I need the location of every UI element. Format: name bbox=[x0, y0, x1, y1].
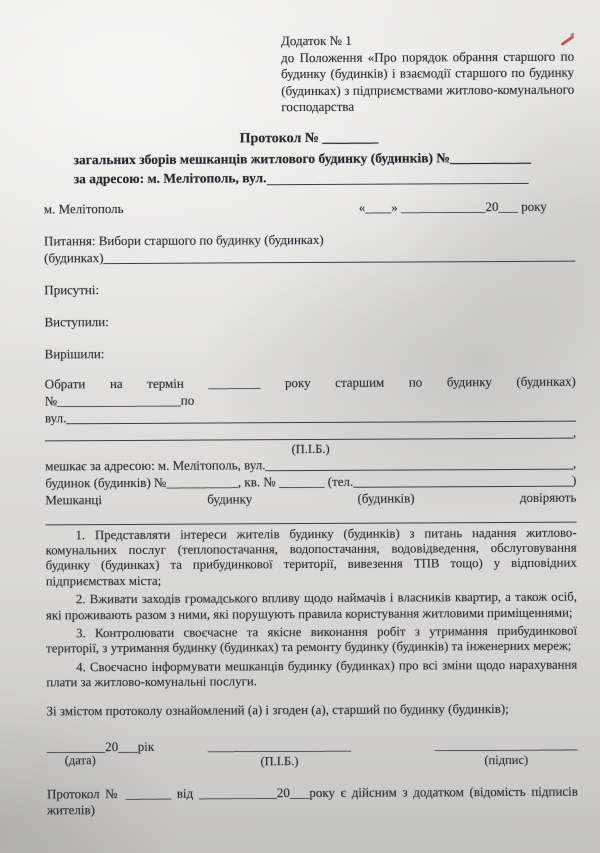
address-label: за адресою: м. Мелітополь, вул. bbox=[74, 168, 267, 188]
date-blank: «____» _____________20___ року bbox=[359, 197, 547, 215]
spoke-heading: Виступили: bbox=[44, 310, 575, 330]
question-block: Питання: Вибори старшого по будинку (буд… bbox=[44, 229, 575, 266]
duty-item-3: 3. Контролювати своєчасне та якісне вико… bbox=[46, 624, 577, 658]
duties-list: 1. Представляти інтереси жителів будинку… bbox=[46, 525, 578, 691]
sign-column: ______________________ (підпис) bbox=[435, 735, 578, 768]
protocol-title: Протокол № ________ bbox=[43, 129, 574, 148]
residence-comma: , bbox=[573, 454, 576, 471]
question-blank-label: (будинках) bbox=[44, 249, 103, 266]
decided-heading: Вирішили: bbox=[45, 342, 576, 362]
appendix-block: Додаток № 1 до Положення «Про порядок об… bbox=[281, 32, 574, 116]
residence-label: мешкає за адресою: м. Мелітополь, вул. bbox=[45, 456, 265, 474]
duty-item-1: 1. Представляти інтереси жителів будинку… bbox=[46, 525, 577, 589]
signature-row: _________20___рік (дата) _______________… bbox=[47, 735, 578, 770]
phone-blank-rule bbox=[353, 485, 572, 487]
dateline: м. Мелітополь «____» _____________20___ … bbox=[44, 197, 575, 217]
decision-term-line: Обрати на термін ________ року старшим п… bbox=[45, 372, 576, 392]
trust-blank-rule bbox=[45, 507, 576, 525]
decision-block: Обрати на термін ________ року старшим п… bbox=[45, 372, 577, 525]
question-blank-rule bbox=[104, 260, 576, 263]
pib-column: ______________________ (П.І.Б.) bbox=[208, 736, 351, 769]
duty-item-4: 4. Своєчасно інформувати мешканців будин… bbox=[46, 657, 577, 691]
street-label: вул. bbox=[45, 409, 66, 426]
building-close-paren: ) bbox=[572, 471, 576, 488]
date-caption: (дата) bbox=[65, 752, 155, 767]
question-blank-line: (будинках) bbox=[44, 246, 575, 266]
residence-blank-rule bbox=[265, 468, 572, 471]
scanned-document-photo: Додаток № 1 до Положення «Про порядок об… bbox=[0, 0, 600, 853]
acknowledgement-line: Зі змістом протоколу ознайомлений (а) і … bbox=[46, 699, 577, 719]
date-column: _________20___рік (дата) bbox=[47, 737, 155, 770]
appendix-number: Додаток № 1 bbox=[281, 32, 574, 50]
appendix-text: до Положення «Про порядок обрання старшо… bbox=[281, 48, 574, 116]
building-label: будинок (будинків) №___________, кв. № _… bbox=[45, 472, 353, 491]
protocol-subtitle: загальних зборів мешканців житлового буд… bbox=[74, 147, 575, 169]
protocol-address-line: за адресою: м. Мелітополь, вул. bbox=[74, 166, 529, 187]
document-page: Додаток № 1 до Положення «Про порядок об… bbox=[43, 32, 578, 819]
sign-caption: (підпис) bbox=[435, 752, 578, 768]
address-blank-rule bbox=[267, 182, 529, 184]
sign-blank-line: ______________________ bbox=[435, 735, 578, 753]
trust-line: Мешканці будинку (будинків) довіряють bbox=[45, 488, 576, 508]
city-name: м. Мелітополь bbox=[44, 199, 124, 216]
duty-item-2: 2. Вживати заходів громадського впливу щ… bbox=[46, 590, 577, 624]
name-line-comma: , bbox=[573, 423, 576, 440]
footer-paragraph: Протокол № _______ від ____________20___… bbox=[47, 783, 578, 819]
pib-blank-line: ______________________ bbox=[208, 736, 351, 754]
pib-signature-caption: (П.І.Б.) bbox=[208, 753, 351, 769]
present-heading: Присутні: bbox=[44, 278, 575, 298]
